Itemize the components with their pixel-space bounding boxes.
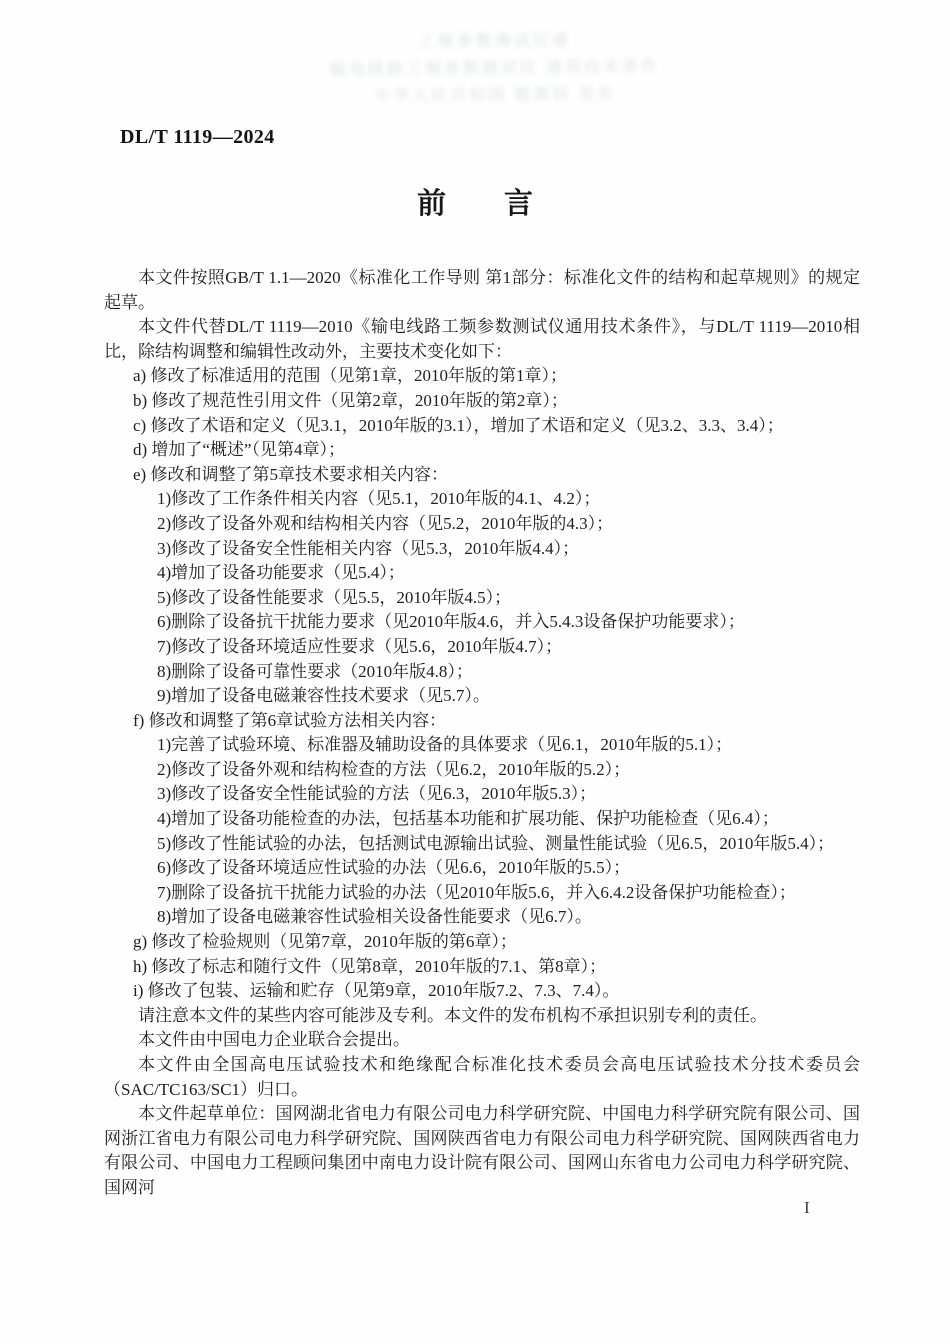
paragraph: 本文件代替DL/T 1119—2010《输电线路工频参数测试仪通用技术条件》，与… <box>104 315 860 364</box>
page-number: I <box>804 1198 810 1218</box>
list-item: a) 修改了标准适用的范围（见第1章，2010年版的第1章）； <box>104 364 860 389</box>
sub-list-item: 6)删除了设备抗干扰能力要求（见2010年版4.6，并入5.4.3设备保护功能要… <box>104 610 860 635</box>
list-item: h) 修改了标志和随行文件（见第8章，2010年版的7.1、第8章）； <box>104 955 860 980</box>
sub-list-item: 1)完善了试验环境、标准器及辅助设备的具体要求（见6.1，2010年版的5.1）… <box>104 733 860 758</box>
list-item: i) 修改了包装、运输和贮存（见第9章，2010年版7.2、7.3、7.4）。 <box>104 979 860 1004</box>
document-page: 工频参数测试仪通输电线路工频参数测试仪 通用技术条件中华人民共和国 能源局 发布… <box>0 0 950 1344</box>
sub-list-item: 8)删除了设备可靠性要求（2010年版4.8）； <box>104 660 860 685</box>
paragraph: 请注意本文件的某些内容可能涉及专利。本文件的发布机构不承担识别专利的责任。 <box>104 1004 860 1029</box>
sub-list-item: 4)增加了设备功能检查的办法，包括基本功能和扩展功能、保护功能检查（见6.4）； <box>104 807 860 832</box>
sub-list-item: 9)增加了设备电磁兼容性技术要求（见5.7）。 <box>104 684 860 709</box>
bleed-through-line: 工频参数测试仪通 <box>290 26 700 57</box>
page-title: 前 言 <box>0 181 950 222</box>
sub-list-item: 2)修改了设备外观和结构相关内容（见5.2，2010年版的4.3）； <box>104 512 860 537</box>
list-item: e) 修改和调整了第5章技术要求相关内容： <box>104 463 860 488</box>
sub-list-item: 3)修改了设备安全性能相关内容（见5.3，2010年版4.4）； <box>104 537 860 562</box>
sub-list-item: 5)修改了设备性能要求（见5.5，2010年版4.5）； <box>104 586 860 611</box>
list-item: f) 修改和调整了第6章试验方法相关内容： <box>104 709 860 734</box>
paragraph: 本文件按照GB/T 1.1—2020《标准化工作导则 第1部分：标准化文件的结构… <box>104 266 860 315</box>
paragraph: 本文件由中国电力企业联合会提出。 <box>104 1028 860 1053</box>
bleed-through-line: 输电线路工频参数测试仪 通用技术条件 <box>290 53 700 84</box>
sub-list-item: 2)修改了设备外观和结构检查的方法（见6.2，2010年版的5.2）； <box>104 758 860 783</box>
bleed-through-line: 中华人民共和国 能源局 发布 <box>290 80 700 111</box>
list-item: c) 修改了术语和定义（见3.1，2010年版的3.1），增加了术语和定义（见3… <box>104 414 860 439</box>
bleed-through-text: 工频参数测试仪通输电线路工频参数测试仪 通用技术条件中华人民共和国 能源局 发布 <box>290 26 701 111</box>
content-area: 本文件按照GB/T 1.1—2020《标准化工作导则 第1部分：标准化文件的结构… <box>104 266 860 1201</box>
sub-list-item: 1)修改了工作条件相关内容（见5.1，2010年版的4.1、4.2）； <box>104 487 860 512</box>
sub-list-item: 7)修改了设备环境适应性要求（见5.6，2010年版4.7）； <box>104 635 860 660</box>
list-item: g) 修改了检验规则（见第7章，2010年版的第6章）； <box>104 930 860 955</box>
paragraph: 本文件起草单位：国网湖北省电力有限公司电力科学研究院、中国电力科学研究院有限公司… <box>104 1102 860 1200</box>
sub-list-item: 7)删除了设备抗干扰能力试验的办法（见2010年版5.6，并入6.4.2设备保护… <box>104 881 860 906</box>
paragraph: 本文件由全国高电压试验技术和绝缘配合标准化技术委员会高电压试验技术分技术委员会（… <box>104 1053 860 1102</box>
sub-list-item: 3)修改了设备安全性能试验的方法（见6.3，2010年版5.3）； <box>104 782 860 807</box>
list-item: d) 增加了“概述”（见第4章）； <box>104 438 860 463</box>
sub-list-item: 5)修改了性能试验的办法，包括测试电源输出试验、测量性能试验（见6.5，2010… <box>104 832 860 857</box>
sub-list-item: 4)增加了设备功能要求（见5.4）； <box>104 561 860 586</box>
sub-list-item: 8)增加了设备电磁兼容性试验相关设备性能要求（见6.7）。 <box>104 905 860 930</box>
list-item: b) 修改了规范性引用文件（见第2章，2010年版的第2章）； <box>104 389 860 414</box>
standard-number: DL/T 1119—2024 <box>120 126 275 149</box>
sub-list-item: 6)修改了设备环境适应性试验的办法（见6.6，2010年版的5.5）； <box>104 856 860 881</box>
